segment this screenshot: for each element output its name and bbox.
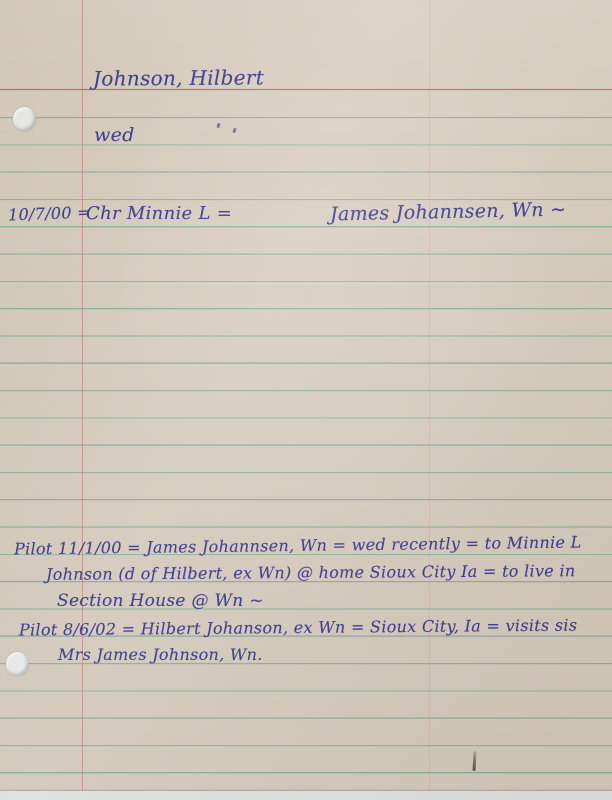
header-event-note: wed <box>94 124 135 146</box>
header-surname-given: Johnson, Hilbert <box>93 65 264 90</box>
entry-detail: Chr Minnie L = <box>86 203 232 224</box>
note-line: Section House @ Wn ~ <box>57 591 264 611</box>
header-red-rule <box>0 89 612 90</box>
scanned-notebook-page: Johnson, Hilbert wed 10/7/00 = Chr Minni… <box>0 0 612 800</box>
punch-hole-bottom <box>6 652 29 676</box>
note-line: Mrs James Johnson, Wn. <box>58 645 263 664</box>
punch-hole-top <box>13 107 36 131</box>
bleed-through-rule <box>429 0 430 791</box>
scanner-edge-strip <box>0 791 612 800</box>
entry-date: 10/7/00 = <box>8 203 91 225</box>
note-line: Johnson (d of Hilbert, ex Wn) @ home Sio… <box>46 561 576 584</box>
margin-red-rule <box>82 0 83 791</box>
